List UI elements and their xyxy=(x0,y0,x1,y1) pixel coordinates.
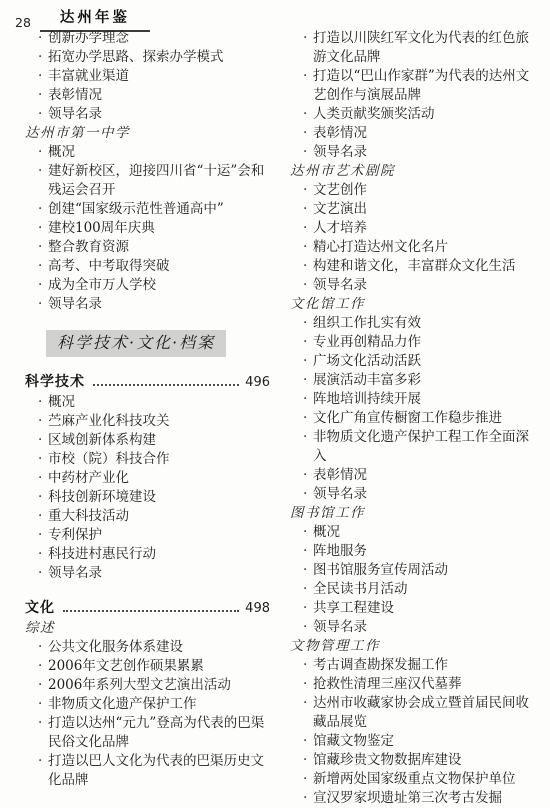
toc-item-label: 高考、中考取得突破 xyxy=(48,257,270,276)
bullet-dot-icon: · xyxy=(303,732,313,751)
toc-item: ·创建“国家级示范性普通高中” xyxy=(25,200,270,219)
toc-item: ·专利保护 xyxy=(25,526,270,545)
toc-entry-with-page: 科学技术496 xyxy=(25,372,270,392)
toc-item: ·非物质文化遗产保护工程工作全面深入 xyxy=(290,428,530,466)
bullet-dot-icon: · xyxy=(38,469,48,488)
toc-item-label: 专业再创精品力作 xyxy=(313,333,530,352)
toc-item-label: 人才培养 xyxy=(313,219,530,238)
toc-item-label: 领导名录 xyxy=(48,295,270,314)
bullet-dot-icon: · xyxy=(38,162,48,200)
toc-item: ·领导名录 xyxy=(25,105,270,124)
bullet-dot-icon: · xyxy=(303,542,313,561)
toc-subheader: 文物管理工作 xyxy=(290,637,530,656)
toc-item-label: 科技进村惠民行动 xyxy=(48,545,270,564)
toc-item-label: 组织工作扎实有效 xyxy=(313,314,530,333)
toc-subheader: 达州市第一中学 xyxy=(25,124,270,143)
toc-item-label: 领导名录 xyxy=(313,276,530,295)
bullet-dot-icon: · xyxy=(303,67,313,105)
toc-item-label: 苎麻产业化科技攻关 xyxy=(48,412,270,431)
bullet-dot-icon: · xyxy=(303,789,313,808)
toc-item: ·表彰情况 xyxy=(290,466,530,485)
bullet-dot-icon: · xyxy=(303,29,313,67)
bullet-dot-icon: · xyxy=(303,580,313,599)
toc-item: ·打造以“巴山作家群”为代表的达州文艺创作与演展品牌 xyxy=(290,67,530,105)
toc-page-number: 498 xyxy=(245,599,270,618)
toc-item: ·科技进村惠民行动 xyxy=(25,545,270,564)
toc-item: ·概况 xyxy=(25,143,270,162)
bullet-dot-icon: · xyxy=(38,143,48,162)
toc-item: ·整合教育资源 xyxy=(25,238,270,257)
bullet-dot-icon: · xyxy=(38,714,48,752)
toc-item: ·文艺创作 xyxy=(290,181,530,200)
toc-item-label: 文化广角宣传橱窗工作稳步推进 xyxy=(313,409,530,428)
toc-item-label: 非物质文化遗产保护工作 xyxy=(48,695,270,714)
toc-item-label: 馆藏珍贵文物数据库建设 xyxy=(313,751,530,770)
toc-item-label: 概况 xyxy=(48,143,270,162)
bullet-dot-icon: · xyxy=(303,428,313,466)
bullet-dot-icon: · xyxy=(38,393,48,412)
toc-item: ·宣汉罗家坝遗址第三次考古发掘 xyxy=(290,789,530,808)
bullet-dot-icon: · xyxy=(303,466,313,485)
toc-item-label: 新增两处国家级重点文物保护单位 xyxy=(313,770,530,789)
toc-item-label: 广场文化活动活跃 xyxy=(313,352,530,371)
toc-item-label: 建校100周年庆典 xyxy=(48,219,270,238)
toc-item: ·高考、中考取得突破 xyxy=(25,257,270,276)
section-divider: 科学技术·文化·档案 xyxy=(25,330,270,357)
toc-item: ·成为全市万人学校 xyxy=(25,276,270,295)
toc-item-label: 2006年系列大型文艺演出活动 xyxy=(48,676,270,695)
toc-item: ·打造以达州“元九”登高为代表的巴渠民俗文化品牌 xyxy=(25,714,270,752)
toc-item-label: 图书馆服务宣传周活动 xyxy=(313,561,530,580)
bullet-dot-icon: · xyxy=(303,200,313,219)
toc-item-label: 科技创新环境建设 xyxy=(48,488,270,507)
toc-item: ·文化广角宣传橱窗工作稳步推进 xyxy=(290,409,530,428)
bullet-dot-icon: · xyxy=(38,526,48,545)
toc-item: ·阵地培训持续开展 xyxy=(290,390,530,409)
toc-item-label: 宣汉罗家坝遗址第三次考古发掘 xyxy=(313,789,530,808)
toc-item-label: 2006年文艺创作硕果累累 xyxy=(48,657,270,676)
bullet-dot-icon: · xyxy=(303,694,313,732)
bullet-dot-icon: · xyxy=(303,523,313,542)
toc-item-label: 专利保护 xyxy=(48,526,270,545)
toc-item: ·考古调查勘探发掘工作 xyxy=(290,656,530,675)
dot-leader xyxy=(63,598,239,612)
bullet-dot-icon: · xyxy=(38,752,48,790)
toc-item-label: 阵地培训持续开展 xyxy=(313,390,530,409)
toc-item: ·2006年文艺创作硕果累累 xyxy=(25,657,270,676)
toc-item: ·市校（院）科技合作 xyxy=(25,450,270,469)
toc-item-label: 表彰情况 xyxy=(48,86,270,105)
bullet-dot-icon: · xyxy=(303,371,313,390)
toc-item: ·文艺演出 xyxy=(290,200,530,219)
bullet-dot-icon: · xyxy=(38,431,48,450)
toc-item-label: 丰富就业渠道 xyxy=(48,67,270,86)
toc-item: ·馆藏文物鉴定 xyxy=(290,732,530,751)
bullet-dot-icon: · xyxy=(38,412,48,431)
bullet-dot-icon: · xyxy=(38,276,48,295)
toc-item: ·建好新校区，迎接四川省“十运”会和残运会召开 xyxy=(25,162,270,200)
toc-item-label: 领导名录 xyxy=(48,564,270,583)
bullet-dot-icon: · xyxy=(303,314,313,333)
toc-item-label: 概况 xyxy=(313,523,530,542)
toc-item: ·苎麻产业化科技攻关 xyxy=(25,412,270,431)
toc-item: ·组织工作扎实有效 xyxy=(290,314,530,333)
toc-item: ·领导名录 xyxy=(290,485,530,504)
bullet-dot-icon: · xyxy=(303,105,313,124)
toc-item: ·达州市收藏家协会成立暨首届民间收藏品展览 xyxy=(290,694,530,732)
toc-entry-title: 文化 xyxy=(25,599,55,618)
bullet-dot-icon: · xyxy=(38,564,48,583)
toc-item-label: 达州市收藏家协会成立暨首届民间收藏品展览 xyxy=(313,694,530,732)
toc-item: ·概况 xyxy=(290,523,530,542)
bullet-dot-icon: · xyxy=(38,488,48,507)
toc-item: ·中药材产业化 xyxy=(25,469,270,488)
toc-right-column: ·打造以川陕红军文化为代表的红色旅游文化品牌·打造以“巴山作家群”为代表的达州文… xyxy=(290,29,530,808)
toc-item-label: 构建和谐文化，丰富群众文化生活 xyxy=(313,257,530,276)
toc-item: ·人类贡献奖颁奖活动 xyxy=(290,105,530,124)
toc-item-label: 领导名录 xyxy=(313,143,530,162)
bullet-dot-icon: · xyxy=(303,599,313,618)
toc-item: ·创新办学理念 xyxy=(25,29,270,48)
toc-item: ·拓宽办学思路、探索办学模式 xyxy=(25,48,270,67)
toc-item: ·构建和谐文化，丰富群众文化生活 xyxy=(290,257,530,276)
toc-item: ·概况 xyxy=(25,393,270,412)
bullet-dot-icon: · xyxy=(303,143,313,162)
bullet-dot-icon: · xyxy=(38,105,48,124)
toc-item-label: 打造以“巴山作家群”为代表的达州文艺创作与演展品牌 xyxy=(313,67,530,105)
toc-item: ·领导名录 xyxy=(290,143,530,162)
toc-item: ·重大科技活动 xyxy=(25,507,270,526)
toc-item-label: 共享工程建设 xyxy=(313,599,530,618)
bullet-dot-icon: · xyxy=(303,675,313,694)
toc-item: ·表彰情况 xyxy=(290,124,530,143)
toc-item: ·打造以巴人文化为代表的巴渠历史文化品牌 xyxy=(25,752,270,790)
bullet-dot-icon: · xyxy=(303,485,313,504)
bullet-dot-icon: · xyxy=(38,257,48,276)
toc-item-label: 领导名录 xyxy=(313,618,530,637)
bullet-dot-icon: · xyxy=(303,181,313,200)
toc-item-label: 市校（院）科技合作 xyxy=(48,450,270,469)
toc-item-label: 创新办学理念 xyxy=(48,29,270,48)
toc-item: ·新增两处国家级重点文物保护单位 xyxy=(290,770,530,789)
bullet-dot-icon: · xyxy=(303,124,313,143)
toc-item-label: 领导名录 xyxy=(313,485,530,504)
bullet-dot-icon: · xyxy=(38,238,48,257)
toc-item: ·人才培养 xyxy=(290,219,530,238)
toc-subheader: 文化馆工作 xyxy=(290,295,530,314)
toc-item-label: 公共文化服务体系建设 xyxy=(48,638,270,657)
toc-item: ·科技创新环境建设 xyxy=(25,488,270,507)
toc-item-label: 打造以川陕红军文化为代表的红色旅游文化品牌 xyxy=(313,29,530,67)
bullet-dot-icon: · xyxy=(38,67,48,86)
toc-item: ·领导名录 xyxy=(25,564,270,583)
bullet-dot-icon: · xyxy=(303,219,313,238)
toc-item-label: 全民读书月活动 xyxy=(313,580,530,599)
toc-item: ·广场文化活动活跃 xyxy=(290,352,530,371)
toc-item-label: 重大科技活动 xyxy=(48,507,270,526)
toc-item-label: 区域创新体系构建 xyxy=(48,431,270,450)
toc-entry-with-page: 文化498 xyxy=(25,598,270,618)
bullet-dot-icon: · xyxy=(38,638,48,657)
toc-item-label: 建好新校区，迎接四川省“十运”会和残运会召开 xyxy=(48,162,270,200)
toc-subheader: 综述 xyxy=(25,619,270,638)
toc-item-label: 中药材产业化 xyxy=(48,469,270,488)
toc-item: ·共享工程建设 xyxy=(290,599,530,618)
toc-subheader: 图书馆工作 xyxy=(290,504,530,523)
toc-subheader: 达州市艺术剧院 xyxy=(290,162,530,181)
bullet-dot-icon: · xyxy=(303,238,313,257)
toc-item-label: 整合教育资源 xyxy=(48,238,270,257)
dot-leader xyxy=(93,372,239,386)
toc-item-label: 成为全市万人学校 xyxy=(48,276,270,295)
bullet-dot-icon: · xyxy=(38,507,48,526)
toc-item-label: 展演活动丰富多彩 xyxy=(313,371,530,390)
toc-item: ·领导名录 xyxy=(290,618,530,637)
toc-item: ·建校100周年庆典 xyxy=(25,219,270,238)
toc-item: ·表彰情况 xyxy=(25,86,270,105)
bullet-dot-icon: · xyxy=(303,333,313,352)
bullet-dot-icon: · xyxy=(38,219,48,238)
toc-item-label: 表彰情况 xyxy=(313,124,530,143)
toc-item: ·公共文化服务体系建设 xyxy=(25,638,270,657)
toc-item-label: 文艺创作 xyxy=(313,181,530,200)
bullet-dot-icon: · xyxy=(303,352,313,371)
bullet-dot-icon: · xyxy=(303,656,313,675)
toc-item-label: 非物质文化遗产保护工程工作全面深入 xyxy=(313,428,530,466)
bullet-dot-icon: · xyxy=(38,450,48,469)
bullet-dot-icon: · xyxy=(38,86,48,105)
toc-item: ·丰富就业渠道 xyxy=(25,67,270,86)
toc-item: ·非物质文化遗产保护工作 xyxy=(25,695,270,714)
toc-item: ·专业再创精品力作 xyxy=(290,333,530,352)
toc-item: ·展演活动丰富多彩 xyxy=(290,371,530,390)
yearbook-toc-page: 28 达州年鉴 ·创新办学理念·拓宽办学思路、探索办学模式·丰富就业渠道·表彰情… xyxy=(0,0,550,808)
toc-item: ·抢救性清理三座汉代墓葬 xyxy=(290,675,530,694)
toc-item: ·全民读书月活动 xyxy=(290,580,530,599)
toc-item-label: 馆藏文物鉴定 xyxy=(313,732,530,751)
bullet-dot-icon: · xyxy=(38,695,48,714)
bullet-dot-icon: · xyxy=(38,657,48,676)
toc-item: ·2006年系列大型文艺演出活动 xyxy=(25,676,270,695)
bullet-dot-icon: · xyxy=(38,295,48,314)
bullet-dot-icon: · xyxy=(303,770,313,789)
toc-item-label: 打造以巴人文化为代表的巴渠历史文化品牌 xyxy=(48,752,270,790)
toc-item: ·馆藏珍贵文物数据库建设 xyxy=(290,751,530,770)
toc-item: ·图书馆服务宣传周活动 xyxy=(290,561,530,580)
toc-entry-title: 科学技术 xyxy=(25,373,85,392)
toc-item-label: 抢救性清理三座汉代墓葬 xyxy=(313,675,530,694)
toc-item-label: 文艺演出 xyxy=(313,200,530,219)
toc-item-label: 概况 xyxy=(48,393,270,412)
toc-item-label: 精心打造达州文化名片 xyxy=(313,238,530,257)
bullet-dot-icon: · xyxy=(38,29,48,48)
toc-item: ·领导名录 xyxy=(290,276,530,295)
bullet-dot-icon: · xyxy=(303,751,313,770)
toc-item: ·精心打造达州文化名片 xyxy=(290,238,530,257)
toc-item-label: 拓宽办学思路、探索办学模式 xyxy=(48,48,270,67)
bullet-dot-icon: · xyxy=(38,200,48,219)
bullet-dot-icon: · xyxy=(303,618,313,637)
section-title-box: 科学技术·文化·档案 xyxy=(46,330,226,357)
bullet-dot-icon: · xyxy=(303,276,313,295)
toc-item: ·区域创新体系构建 xyxy=(25,431,270,450)
bullet-dot-icon: · xyxy=(303,257,313,276)
toc-item-label: 考古调查勘探发掘工作 xyxy=(313,656,530,675)
toc-item: ·领导名录 xyxy=(25,295,270,314)
toc-item-label: 打造以达州“元九”登高为代表的巴渠民俗文化品牌 xyxy=(48,714,270,752)
toc-item-label: 表彰情况 xyxy=(313,466,530,485)
toc-item: ·阵地服务 xyxy=(290,542,530,561)
toc-item-label: 人类贡献奖颁奖活动 xyxy=(313,105,530,124)
toc-item-label: 领导名录 xyxy=(48,105,270,124)
toc-left-column: ·创新办学理念·拓宽办学思路、探索办学模式·丰富就业渠道·表彰情况·领导名录达州… xyxy=(25,29,270,790)
bullet-dot-icon: · xyxy=(303,409,313,428)
toc-page-number: 496 xyxy=(245,373,270,392)
bullet-dot-icon: · xyxy=(38,48,48,67)
bullet-dot-icon: · xyxy=(303,561,313,580)
toc-item-label: 创建“国家级示范性普通高中” xyxy=(48,200,270,219)
toc-item: ·打造以川陕红军文化为代表的红色旅游文化品牌 xyxy=(290,29,530,67)
bullet-dot-icon: · xyxy=(38,545,48,564)
bullet-dot-icon: · xyxy=(38,676,48,695)
toc-item-label: 阵地服务 xyxy=(313,542,530,561)
bullet-dot-icon: · xyxy=(303,390,313,409)
